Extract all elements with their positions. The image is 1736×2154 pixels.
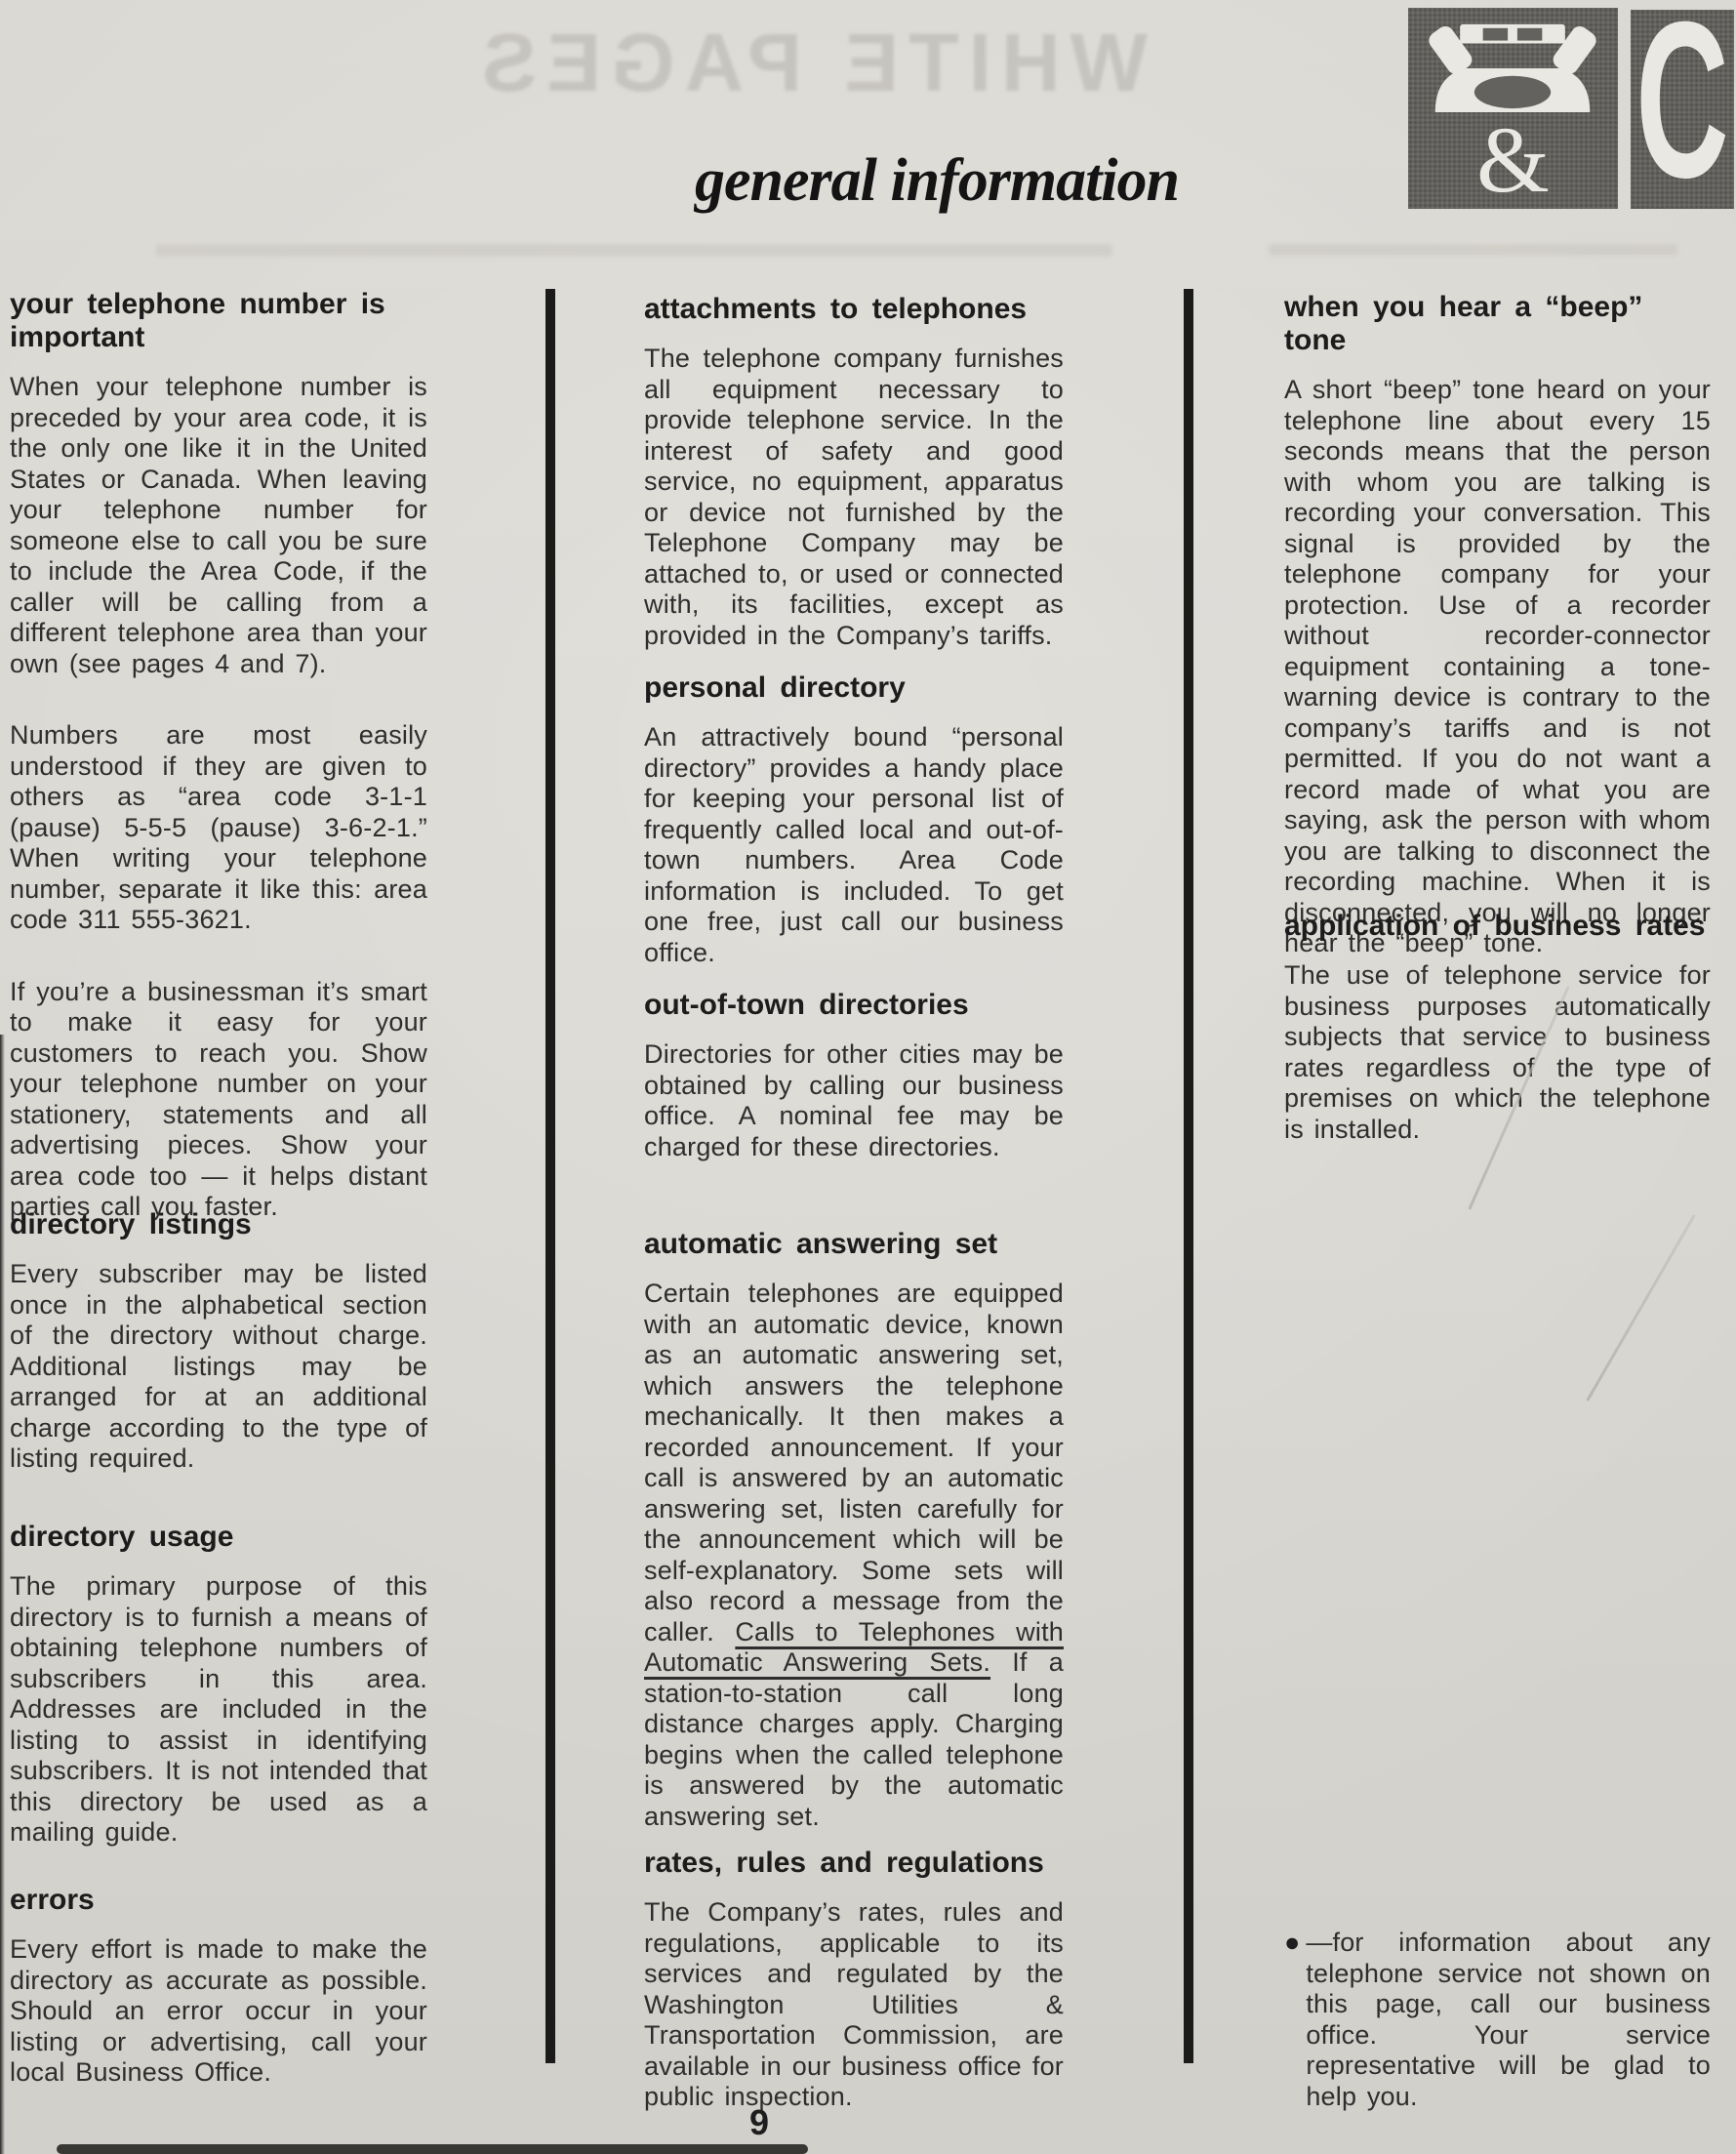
section-heading: personal directory	[644, 671, 1064, 705]
section-heading: directory listings	[10, 1208, 427, 1241]
section-directory-listings: directory listings Every subscriber may …	[10, 1208, 427, 1475]
section-heading: when you hear a “beep” tone	[1284, 291, 1711, 357]
footnote-text: —for information about any telephone ser…	[1306, 1928, 1711, 2112]
paragraph: If you’re a businessman it’s smart to ma…	[10, 977, 427, 1223]
paragraph: The Company’s rates, rules and regulatio…	[644, 1897, 1064, 2113]
section-beep-tone: when you hear a “beep” tone A short “bee…	[1284, 291, 1711, 959]
section-directory-usage: directory usage The primary purpose of t…	[10, 1521, 427, 1849]
column-1: your telephone number is important When …	[10, 0, 427, 2154]
section-heading: directory usage	[10, 1521, 427, 1554]
paragraph: Every effort is made to make the directo…	[10, 1934, 427, 2089]
paragraph: An attractively bound “personal director…	[644, 722, 1064, 968]
section-errors: errors Every effort is made to make the …	[10, 1884, 427, 2089]
paragraph: When your telephone number is preceded b…	[10, 372, 427, 679]
paragraph: Numbers are most easily understood if th…	[10, 720, 427, 936]
paragraph: Certain telephones are equipped with an …	[644, 1279, 1064, 1832]
section-heading: errors	[10, 1884, 427, 1917]
bullet-icon: ●	[1284, 1928, 1300, 2112]
section-your-telephone-number: your telephone number is important When …	[10, 288, 427, 1223]
paragraph-text: Certain telephones are equipped with an …	[644, 1279, 1064, 1646]
paragraph: The primary purpose of this directory is…	[10, 1571, 427, 1849]
section-automatic-answering-set: automatic answering set Certain telephon…	[644, 1228, 1064, 1832]
section-heading: application of business rates	[1284, 910, 1711, 943]
paragraph: Every subscriber may be listed once in t…	[10, 1259, 427, 1475]
column-2: attachments to telephones The telephone …	[644, 0, 1064, 2154]
directory-page: WHITE PAGES general information & C your…	[0, 0, 1736, 2154]
section-application-business-rates: application of business rates The use of…	[1284, 910, 1711, 1145]
paragraph: A short “beep” tone heard on your teleph…	[1284, 375, 1711, 959]
column-3: when you hear a “beep” tone A short “bee…	[1284, 0, 1711, 2154]
section-personal-directory: personal directory An attractively bound…	[644, 671, 1064, 968]
section-out-of-town-directories: out-of-town directories Directories for …	[644, 989, 1064, 1162]
paragraph: The use of telephone service for busines…	[1284, 960, 1711, 1145]
page-edge-shadow	[0, 1035, 5, 2154]
business-office-footnote: ● —for information about any telephone s…	[1284, 1928, 1711, 2112]
column-divider	[545, 289, 555, 2063]
section-attachments: attachments to telephones The telephone …	[644, 293, 1064, 651]
section-heading: automatic answering set	[644, 1228, 1064, 1261]
section-heading: rates, rules and regulations	[644, 1847, 1064, 1880]
paragraph: The telephone company furnishes all equi…	[644, 344, 1064, 651]
paragraph: Directories for other cities may be obta…	[644, 1039, 1064, 1162]
section-heading: your telephone number is important	[10, 288, 427, 354]
page-edge-shadow	[57, 2144, 808, 2154]
section-heading: attachments to telephones	[644, 293, 1064, 326]
section-rates-rules-regulations: rates, rules and regulations The Company…	[644, 1847, 1064, 2113]
section-heading: out-of-town directories	[644, 989, 1064, 1022]
page-number: 9	[749, 2102, 769, 2143]
column-divider	[1184, 289, 1193, 2063]
